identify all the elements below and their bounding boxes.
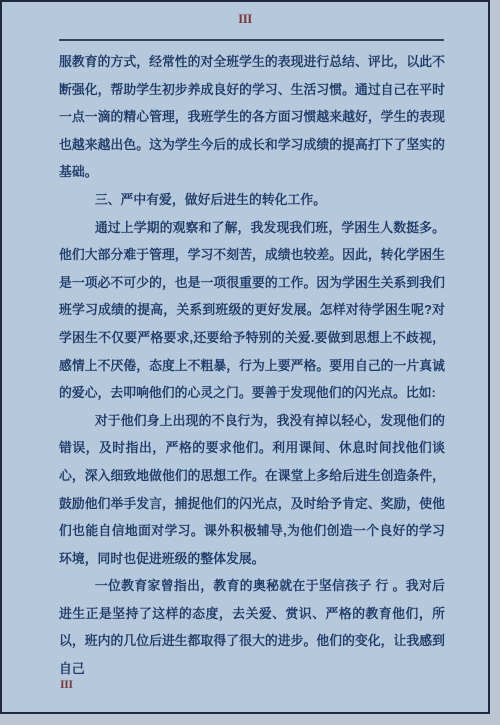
- header-divider-line: [59, 39, 444, 41]
- paragraph: 三、严中有爱，做好后进生的转化工作。: [59, 186, 445, 214]
- paragraph: 对于他们身上出现的不良行为，我没有掉以轻心，发现他们的错误，及时指出，严格的要求…: [59, 407, 445, 573]
- scanned-document-page: III 服教育的方式，经常性的对全班学生的表现进行总结、评比，以此不断强化，帮助…: [0, 0, 500, 725]
- paragraph: 服教育的方式，经常性的对全班学生的表现进行总结、评比，以此不断强化，帮助学生初步…: [59, 48, 445, 186]
- paragraph: 通过上学期的观察和了解，我发现我们班，学困生人数挺多。他们大部分难于管理，学习不…: [59, 214, 445, 407]
- document-text-area: 服教育的方式，经常性的对全班学生的表现进行总结、评比，以此不断强化，帮助学生初步…: [59, 48, 445, 683]
- page-section-marker-bottom: III: [60, 677, 73, 692]
- paragraph: 一位教育家曾指出，教育的奥秘就在于坚信孩子 行 。我对后进生正是坚持了这样的态度…: [59, 572, 445, 682]
- page-section-marker-top: III: [2, 11, 488, 27]
- page-border-frame: III 服教育的方式，经常性的对全班学生的表现进行总结、评比，以此不断强化，帮助…: [0, 0, 490, 714]
